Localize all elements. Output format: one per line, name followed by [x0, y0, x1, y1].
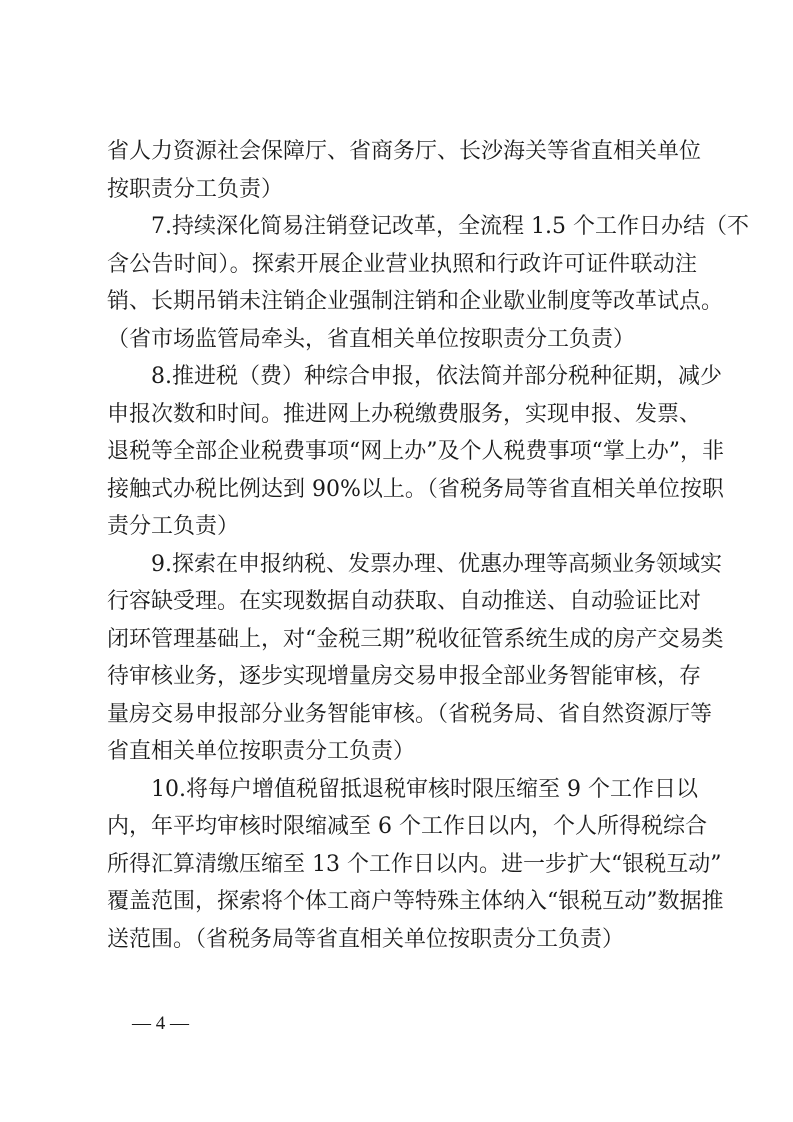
text-line: 9.探索在申报纳税、发票办理、优惠办理等高频业务领域实: [107, 546, 697, 584]
paragraph-item-7: 7.持续深化简易注销登记改革，全流程 1.5 个工作日办结（不 含公告时间）。探…: [107, 208, 697, 358]
text-line: 内，年平均审核时限缩减至 6 个工作日以内，个人所得税综合: [107, 808, 697, 846]
paragraph-item-9: 9.探索在申报纳税、发票办理、优惠办理等高频业务领域实 行容缺受理。在实现数据自…: [107, 546, 697, 771]
paragraph-item-8: 8.推进税（费）种综合申报，依法简并部分税种征期，减少 申报次数和时间。推进网上…: [107, 358, 697, 546]
text-line: 7.持续深化简易注销登记改革，全流程 1.5 个工作日办结（不: [107, 208, 697, 246]
text-line: 闭环管理基础上，对“金税三期”税收征管系统生成的房产交易类: [107, 621, 697, 659]
paragraph-continuation: 省人力资源社会保障厅、省商务厅、长沙海关等省直相关单位 按职责分工负责）: [107, 133, 697, 208]
text-line: 省人力资源社会保障厅、省商务厅、长沙海关等省直相关单位: [107, 133, 697, 171]
text-line: 所得汇算清缴压缩至 13 个工作日以内。进一步扩大“银税互动”: [107, 846, 697, 884]
text-line: 按职责分工负责）: [107, 171, 697, 209]
page-number: — 4 —: [132, 1013, 189, 1035]
text-line: 退税等全部企业税费事项“网上办”及个人税费事项“掌上办”，非: [107, 433, 697, 471]
text-line: 8.推进税（费）种综合申报，依法简并部分税种征期，减少: [107, 358, 697, 396]
text-line: 量房交易申报部分业务智能审核。（省税务局、省自然资源厅等: [107, 696, 697, 734]
text-line: （省市场监管局牵头，省直相关单位按职责分工负责）: [107, 321, 697, 359]
text-line: 行容缺受理。在实现数据自动获取、自动推送、自动验证比对: [107, 583, 697, 621]
document-page: 省人力资源社会保障厅、省商务厅、长沙海关等省直相关单位 按职责分工负责） 7.持…: [107, 133, 697, 958]
text-line: 销、长期吊销未注销企业强制注销和企业歇业制度等改革试点。: [107, 283, 697, 321]
text-line: 送范围。（省税务局等省直相关单位按职责分工负责）: [107, 921, 697, 959]
text-line: 接触式办税比例达到 90%以上。（省税务局等省直相关单位按职: [107, 471, 697, 509]
text-line: 责分工负责）: [107, 508, 697, 546]
text-line: 申报次数和时间。推进网上办税缴费服务，实现申报、发票、: [107, 396, 697, 434]
paragraph-item-10: 10.将每户增值税留抵退税审核时限压缩至 9 个工作日以 内，年平均审核时限缩减…: [107, 771, 697, 959]
text-line: 待审核业务，逐步实现增量房交易申报全部业务智能审核，存: [107, 658, 697, 696]
text-line: 10.将每户增值税留抵退税审核时限压缩至 9 个工作日以: [107, 771, 697, 809]
text-line: 覆盖范围，探索将个体工商户等特殊主体纳入“银税互动”数据推: [107, 883, 697, 921]
text-line: 省直相关单位按职责分工负责）: [107, 733, 697, 771]
text-line: 含公告时间）。探索开展企业营业执照和行政许可证件联动注: [107, 246, 697, 284]
